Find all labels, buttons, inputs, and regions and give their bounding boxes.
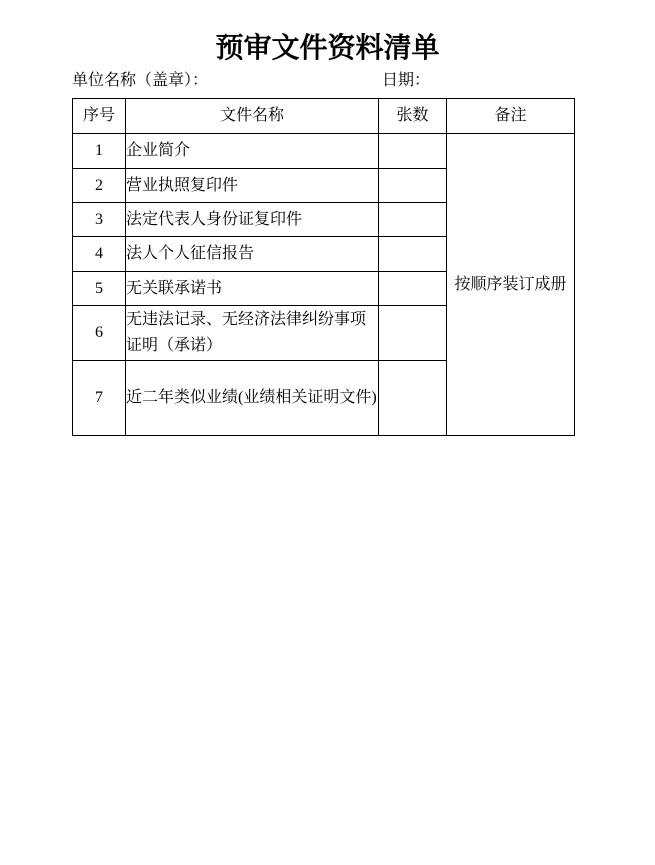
col-header-file-name: 文件名称 xyxy=(126,99,379,134)
file-name-cell: 近二年类似业绩(业绩相关证明文件) xyxy=(126,361,379,436)
sheet-count-cell xyxy=(379,169,447,203)
file-name-cell: 营业执照复印件 xyxy=(126,169,379,203)
remark-merged-cell: 按顺序装订成册 xyxy=(447,134,575,436)
serial-cell: 3 xyxy=(73,203,126,237)
serial-cell: 6 xyxy=(73,306,126,361)
document-page: 预审文件资料清单 单位名称（盖章）： 日期： 序号 文件名称 张数 备注 1 企… xyxy=(0,0,655,865)
file-name-cell: 企业简介 xyxy=(126,134,379,169)
file-name-cell: 法定代表人身份证复印件 xyxy=(126,203,379,237)
sheet-count-cell xyxy=(379,306,447,361)
serial-cell: 7 xyxy=(73,361,126,436)
serial-cell: 5 xyxy=(73,272,126,306)
col-header-sheet-count: 张数 xyxy=(379,99,447,134)
sheet-count-cell xyxy=(379,361,447,436)
page-title: 预审文件资料清单 xyxy=(0,26,655,66)
date-label: 日期： xyxy=(382,71,430,91)
document-checklist-table: 序号 文件名称 张数 备注 1 企业简介 按顺序装订成册 2 营业执照复印件 3… xyxy=(72,98,575,436)
sheet-count-cell xyxy=(379,272,447,306)
table-row: 1 企业简介 按顺序装订成册 xyxy=(73,134,575,169)
file-name-cell: 法人个人征信报告 xyxy=(126,237,379,272)
serial-cell: 4 xyxy=(73,237,126,272)
table-header-row: 序号 文件名称 张数 备注 xyxy=(73,99,575,134)
unit-name-label: 单位名称（盖章）： xyxy=(72,71,208,91)
file-name-cell: 无关联承诺书 xyxy=(126,272,379,306)
file-name-cell: 无违法记录、无经济法律纠纷事项证明（承诺） xyxy=(126,306,379,361)
sheet-count-cell xyxy=(379,237,447,272)
sheet-count-cell xyxy=(379,134,447,169)
serial-cell: 1 xyxy=(73,134,126,169)
col-header-remark: 备注 xyxy=(447,99,575,134)
sheet-count-cell xyxy=(379,203,447,237)
col-header-serial: 序号 xyxy=(73,99,126,134)
serial-cell: 2 xyxy=(73,169,126,203)
